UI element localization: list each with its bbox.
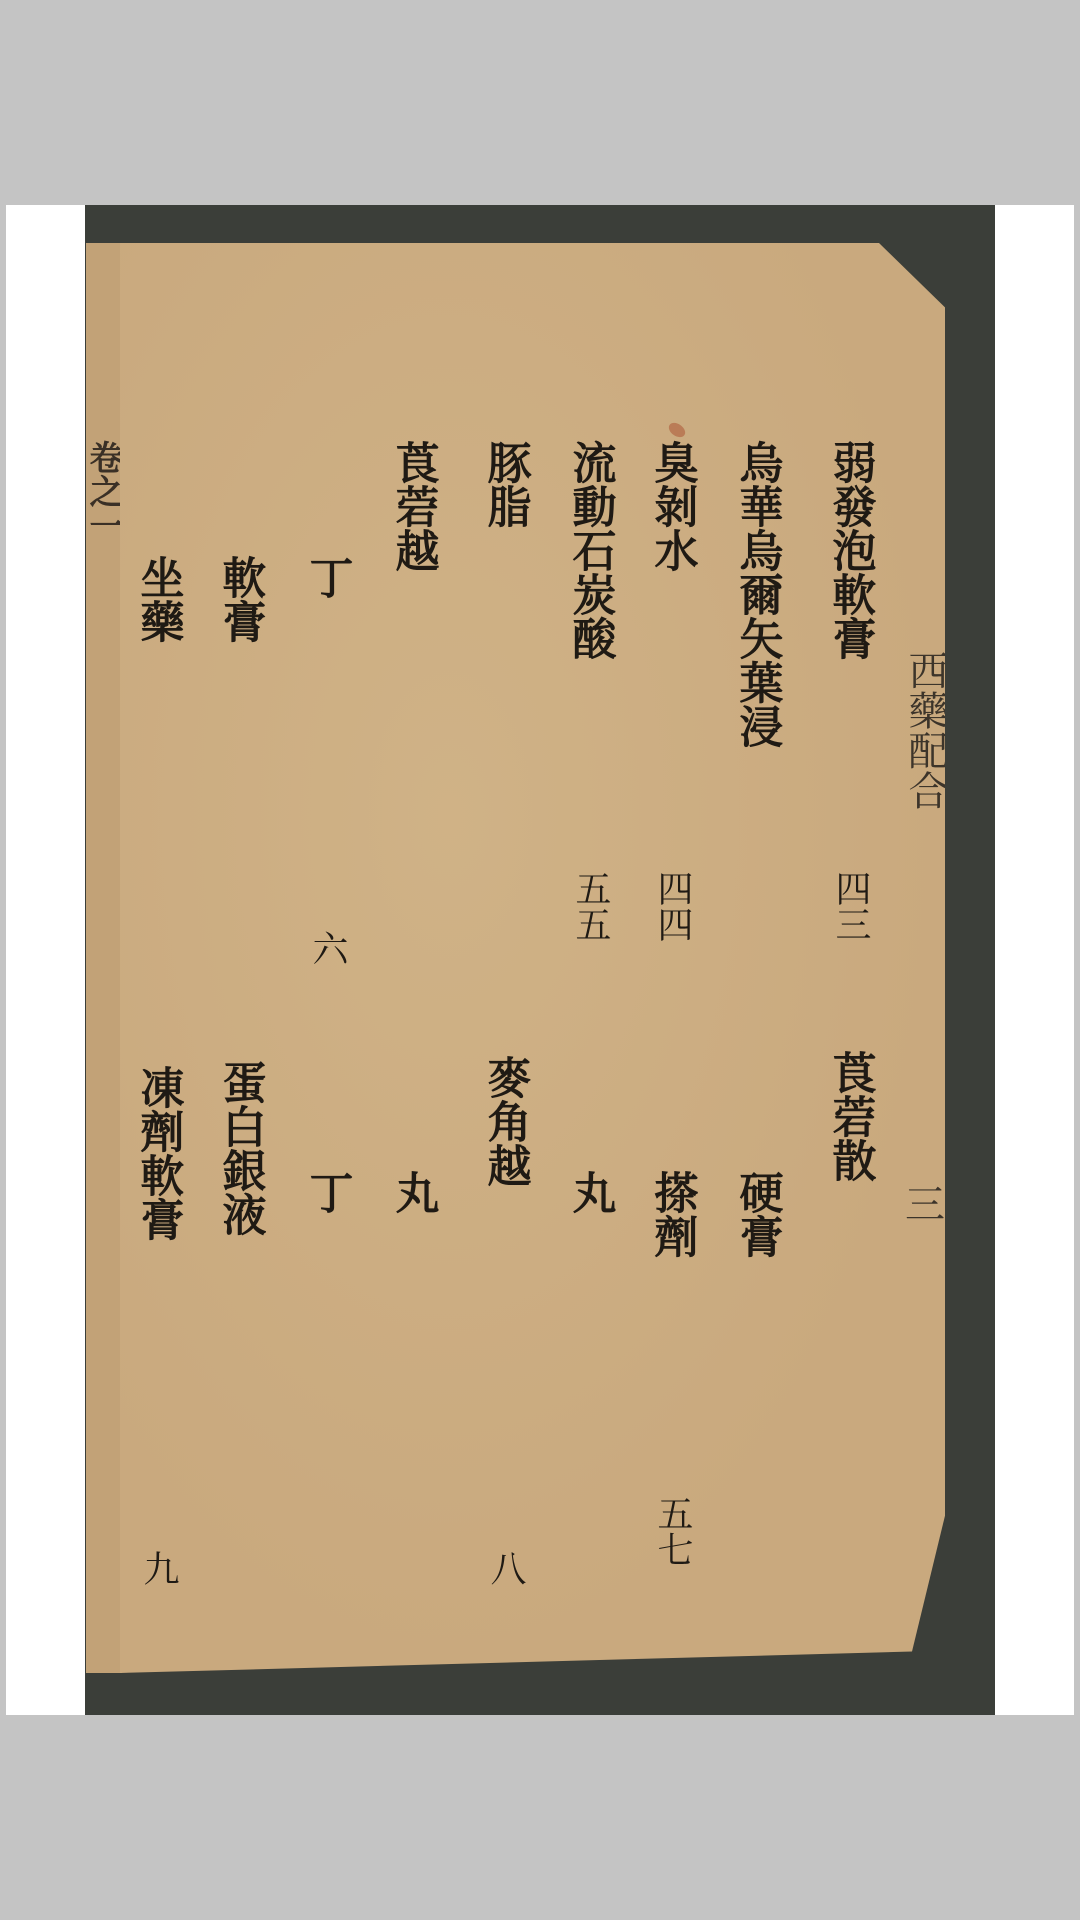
entry-title: 硬膏	[730, 1170, 785, 1258]
spine-label-text: 卷之一	[86, 440, 120, 542]
entry-page-upper-7: 六	[297, 930, 357, 966]
entry-upper-4: 流動石炭酸	[560, 440, 620, 660]
entry-upper-1: 弱發泡軟膏	[820, 440, 880, 660]
entry-lower-7: 丁	[297, 1170, 357, 1214]
entry-lower-8: 蛋白銀液	[210, 1060, 270, 1236]
entry-title: 烏華烏爾矢葉浸	[730, 440, 785, 748]
entry-title: 弱發泡軟膏	[823, 440, 878, 660]
entry-upper-7: 丁	[297, 555, 357, 599]
entry-title: 丁	[300, 555, 355, 599]
entry-title: 丸	[563, 1170, 618, 1214]
entry-title: 蛋白銀液	[213, 1060, 268, 1236]
entry-page: 四四	[641, 870, 703, 942]
entry-lower-6: 丸	[383, 1170, 443, 1214]
entry-title: 丸	[386, 1170, 441, 1214]
right-margin-label: 西藥配合	[905, 650, 945, 810]
entry-page: 八	[474, 1550, 536, 1586]
entry-lower-2: 硬膏	[727, 1170, 787, 1258]
entry-title: 軟膏	[213, 555, 268, 643]
entry-page: 六	[296, 930, 358, 966]
entry-page: 五七	[641, 1495, 703, 1567]
entry-lower-4: 丸	[560, 1170, 620, 1214]
entry-page: 五五	[559, 870, 621, 942]
entry-title: 麥角越	[478, 1055, 533, 1187]
entry-title: 搽劑	[645, 1170, 700, 1258]
entry-lower-1: 莨菪散	[820, 1050, 880, 1182]
entry-page: 四三	[819, 870, 881, 942]
spine-label: 卷之一	[86, 440, 120, 542]
right-margin-label-text: 西藥配合	[905, 650, 945, 810]
entry-title: 莨菪散	[823, 1050, 878, 1182]
entry-title: 臭剝水	[645, 440, 700, 572]
right-margin-number: 三	[905, 1170, 945, 1240]
entry-title: 坐藥	[131, 555, 186, 643]
entry-lower-9: 凍劑軟膏	[128, 1065, 188, 1241]
entry-upper-8: 軟膏	[210, 555, 270, 643]
entry-title: 凍劑軟膏	[131, 1065, 186, 1241]
entry-page-upper-4: 五五	[560, 870, 620, 942]
entry-page: 九	[127, 1550, 189, 1586]
entry-page-upper-3: 四四	[642, 870, 702, 942]
entry-title: 豚脂	[478, 440, 533, 528]
entry-page-lower-9: 九	[128, 1550, 188, 1586]
entry-lower-3: 搽劑	[642, 1170, 702, 1258]
entry-upper-6: 莨菪越	[383, 440, 443, 572]
entry-lower-5: 麥角越	[475, 1055, 535, 1187]
entry-upper-2: 烏華烏爾矢葉浸	[727, 440, 787, 748]
entry-page-lower-5: 八	[475, 1550, 535, 1586]
entry-page-upper-1: 四三	[820, 870, 880, 942]
entry-upper-3: 臭剝水	[642, 440, 702, 572]
entry-title: 莨菪越	[386, 440, 441, 572]
entry-title: 丁	[300, 1170, 355, 1214]
entry-upper-9: 坐藥	[128, 555, 188, 643]
entry-upper-5: 豚脂	[475, 440, 535, 528]
entry-title: 流動石炭酸	[563, 440, 618, 660]
entry-page-lower-3: 五七	[642, 1495, 702, 1567]
